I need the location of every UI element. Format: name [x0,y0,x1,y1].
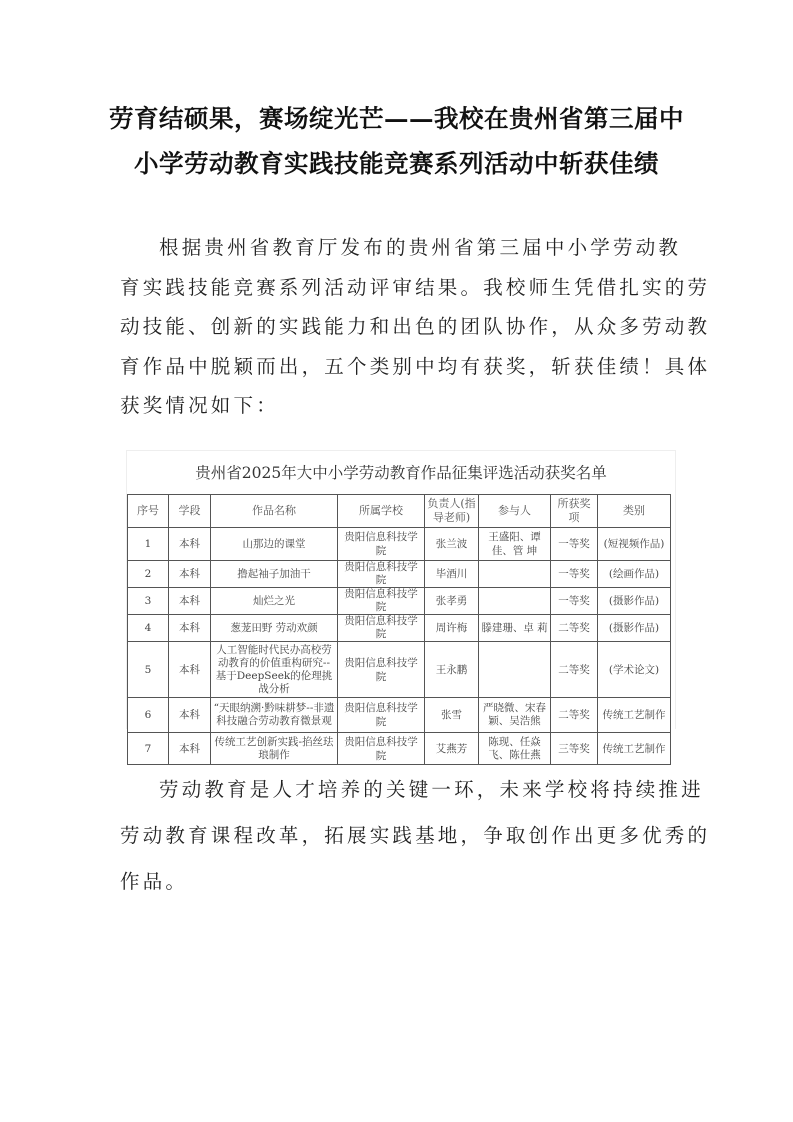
cell-work: 撸起袖子加油干 [211,561,338,588]
cell-stage: 本科 [169,733,211,765]
cell-participants: 王盛阳、谭 佳、管 坤 [479,528,551,561]
cell-participants: 严晓微、宋春颖、吴浩熊 [479,698,551,733]
cell-school: 贵阳信息科技学院 [338,698,425,733]
cell-category: 传统工艺制作 [598,733,671,765]
cell-leader: 毕酒川 [425,561,479,588]
cell-school: 贵阳信息科技学院 [338,615,425,642]
header-school: 所属学校 [338,495,425,528]
cell-stage: 本科 [169,561,211,588]
cell-leader: 王永鹏 [425,642,479,698]
cell-leader: 艾燕芳 [425,733,479,765]
cell-no: 5 [128,642,169,698]
cell-school: 贵阳信息科技学院 [338,588,425,615]
cell-stage: 本科 [169,588,211,615]
table-row: 7 本科 传统工艺创新实践-掐丝珐琅制作 贵阳信息科技学院 艾燕芳 陈现、任焱飞… [128,733,671,765]
table-row: 4 本科 葱茏田野 劳动欢颜 贵阳信息科技学院 周许梅 滕建珊、卓 莉 二等奖 … [128,615,671,642]
cell-category: (摄影作品) [598,615,671,642]
cell-no: 7 [128,733,169,765]
cell-award: 一等奖 [551,561,598,588]
table-row: 6 本科 “天眼纳溯·黔味耕梦--非遗科技融合劳动教育微景观 贵阳信息科技学院 … [128,698,671,733]
cell-leader: 张雪 [425,698,479,733]
cell-school: 贵阳信息科技学院 [338,528,425,561]
cell-participants [479,561,551,588]
cell-participants [479,588,551,615]
cell-participants [479,642,551,698]
cell-category: 传统工艺制作 [598,698,671,733]
article-title-line-2: 小学劳动教育实践技能竞赛系列活动中斩获佳绩 [100,145,693,180]
intro-line-5: 获奖情况如下： [120,390,279,418]
article-title-line-1: 劳育结硕果，赛场绽光芒——我校在贵州省第三届中 [100,100,693,135]
cell-no: 4 [128,615,169,642]
cell-participants: 陈现、任焱飞、陈仕燕 [479,733,551,765]
cell-stage: 本科 [169,698,211,733]
cell-no: 1 [128,528,169,561]
cell-school: 贵阳信息科技学院 [338,733,425,765]
cell-category: (摄影作品) [598,588,671,615]
cell-school: 贵阳信息科技学院 [338,642,425,698]
cell-leader: 张兰波 [425,528,479,561]
cell-stage: 本科 [169,642,211,698]
header-category: 类别 [598,495,671,528]
header-participants: 参与人 [479,495,551,528]
cell-award: 二等奖 [551,698,598,733]
cell-school: 贵阳信息科技学院 [338,561,425,588]
cell-work: 人工智能时代民办高校劳动教育的价值重构研究--基于DeepSeek的伦理挑战分析 [211,642,338,698]
header-work: 作品名称 [211,495,338,528]
cell-no: 6 [128,698,169,733]
table-row: 2 本科 撸起袖子加油干 贵阳信息科技学院 毕酒川 一等奖 (绘画作品) [128,561,671,588]
header-stage: 学段 [169,495,211,528]
cell-category: (绘画作品) [598,561,671,588]
closing-line-3: 作品。 [120,866,188,894]
table-row: 5 本科 人工智能时代民办高校劳动教育的价值重构研究--基于DeepSeek的伦… [128,642,671,698]
cell-award: 一等奖 [551,588,598,615]
cell-stage: 本科 [169,528,211,561]
cell-no: 3 [128,588,169,615]
header-no: 序号 [128,495,169,528]
award-table: 序号 学段 作品名称 所属学校 负责人(指导老师) 参与人 所获奖项 类别 1 … [127,494,671,765]
header-leader: 负责人(指导老师) [425,495,479,528]
cell-stage: 本科 [169,615,211,642]
table-row: 3 本科 灿烂之光 贵阳信息科技学院 张孝勇 一等奖 (摄影作品) [128,588,671,615]
cell-category: (学术论文) [598,642,671,698]
cell-award: 二等奖 [551,615,598,642]
cell-work: 灿烂之光 [211,588,338,615]
cell-award: 二等奖 [551,642,598,698]
cell-leader: 周许梅 [425,615,479,642]
award-table-image: 贵州省2025年大中小学劳动教育作品征集评选活动获奖名单 序号 学段 作品名称 … [126,450,676,729]
table-header-row: 序号 学段 作品名称 所属学校 负责人(指导老师) 参与人 所获奖项 类别 [128,495,671,528]
cell-award: 一等奖 [551,528,598,561]
intro-line-1: 根据贵州省教育厅发布的贵州省第三届中小学劳动教 [159,232,681,260]
closing-line-1: 劳动教育是人才培养的关键一环，未来学校将持续推进 [159,774,704,802]
cell-work: 山那边的课堂 [211,528,338,561]
table-row: 1 本科 山那边的课堂 贵阳信息科技学院 张兰波 王盛阳、谭 佳、管 坤 一等奖… [128,528,671,561]
cell-work: 葱茏田野 劳动欢颜 [211,615,338,642]
intro-line-4: 育作品中脱颖而出，五个类别中均有获奖，斩获佳绩！具体 [120,351,710,379]
cell-work: “天眼纳溯·黔味耕梦--非遗科技融合劳动教育微景观 [211,698,338,733]
cell-leader: 张孝勇 [425,588,479,615]
cell-participants: 滕建珊、卓 莉 [479,615,551,642]
cell-no: 2 [128,561,169,588]
award-table-title: 贵州省2025年大中小学劳动教育作品征集评选活动获奖名单 [127,451,675,495]
cell-award: 三等奖 [551,733,598,765]
intro-line-3: 动技能、创新的实践能力和出色的团队协作，从众多劳动教 [120,311,710,339]
cell-category: (短视频作品) [598,528,671,561]
intro-line-2: 育实践技能竞赛系列活动评审结果。我校师生凭借扎实的劳 [120,272,710,300]
closing-line-2: 劳动教育课程改革，拓展实践基地，争取创作出更多优秀的 [120,820,710,848]
header-award: 所获奖项 [551,495,598,528]
cell-work: 传统工艺创新实践-掐丝珐琅制作 [211,733,338,765]
